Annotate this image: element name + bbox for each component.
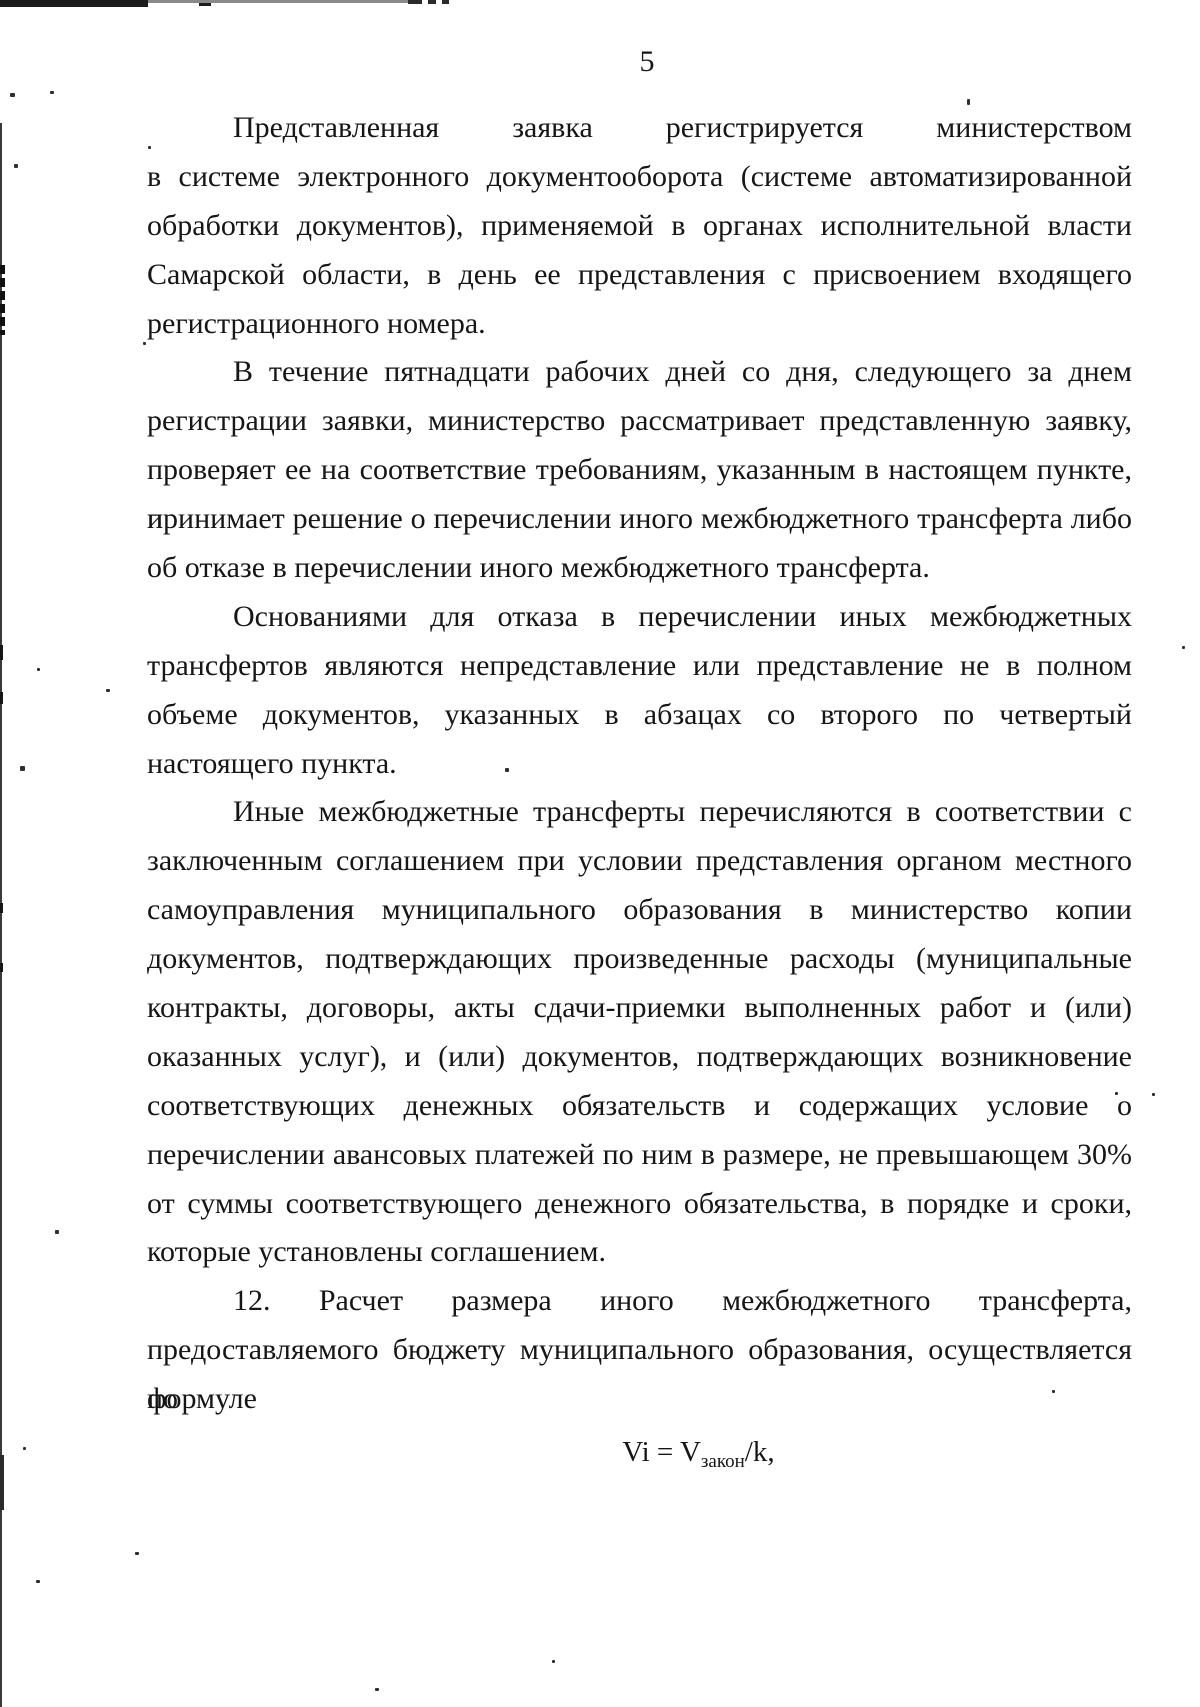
text-line: 12. Расчет размера иного межбюджетного т… (147, 1277, 1132, 1326)
text-line: оказанных услуг), и (или) документов, по… (147, 1033, 1132, 1082)
scan-speck (552, 1660, 555, 1663)
scan-artifact-top-bar (0, 0, 148, 7)
scan-artifact-left-line (0, 123, 2, 1707)
text-line: регистрации заявки, министерство рассмат… (147, 397, 1132, 446)
scan-artifact-top-dash (428, 0, 436, 4)
formula-rhs: /k, (745, 1436, 775, 1468)
scan-artifact-left-segment (0, 692, 3, 704)
text-line: заключенным соглашением при условии пред… (147, 837, 1132, 886)
scan-artifact-top-dash (408, 0, 422, 4)
text-line: Представленная заявка регистрируется мин… (147, 104, 1132, 153)
scan-artifact-left-segment (0, 963, 3, 972)
text-line: самоуправления муниципального образовани… (147, 886, 1132, 935)
text-line: контракты, договоры, акты сдачи-приемки … (147, 984, 1132, 1033)
text-line: предоставляемого бюджету муниципального … (147, 1326, 1132, 1375)
text-line: которые установлены соглашением. (147, 1228, 1132, 1277)
scan-speck (10, 93, 15, 97)
scan-speck (55, 1230, 59, 1234)
text-line: формуле (147, 1375, 1132, 1424)
text-line: настоящего пункта. (147, 740, 1132, 789)
scan-speck (143, 342, 146, 345)
scan-artifact-left-segment (0, 1455, 4, 1510)
text-line: от суммы соответствующего денежного обяз… (147, 1180, 1132, 1229)
text-line: регистрационного номера. (147, 300, 1132, 349)
scan-artifact-top-line (148, 0, 408, 3)
text-line: соответствующих денежных обязательств и … (147, 1082, 1132, 1131)
text-line: принимает решение о перечислении иного м… (147, 495, 1132, 544)
text-line: В течение пятнадцати рабочих дней со дня… (147, 348, 1132, 397)
scan-speck (1152, 1093, 1155, 1096)
scanned-document-page: 5 Представленная заявка регистрируется м… (0, 0, 1200, 1707)
scan-artifact-left-dashes (0, 265, 5, 335)
text-line: в системе электронного документооборота … (147, 153, 1132, 202)
scan-speck (1182, 646, 1185, 649)
scan-artifact-left-segment (0, 903, 3, 913)
formula: Vi = Vзакон/k, (206, 1428, 1191, 1477)
scan-artifact-top-chip (199, 0, 211, 6)
text-line: Основаниями для отказа в перечислении ин… (147, 593, 1132, 642)
formula-lhs: Vi = V (622, 1436, 701, 1468)
scan-speck (14, 164, 18, 168)
scan-artifact-top-dash (442, 0, 449, 4)
text-line: документов, подтверждающих произведенные… (147, 935, 1132, 984)
text-line: Самарской области, в день ее представлен… (147, 251, 1132, 300)
text-line: обработки документов), применяемой в орг… (147, 202, 1132, 251)
scan-speck (135, 1552, 139, 1555)
text-line: Иные межбюджетные трансферты перечисляют… (147, 788, 1132, 837)
scan-speck (375, 1688, 379, 1691)
scan-speck (106, 689, 110, 692)
scan-speck (36, 1580, 40, 1583)
document-body: Представленная заявка регистрируется мин… (147, 104, 1132, 1477)
scan-artifact-left-segment (0, 645, 3, 660)
text-line: трансфертов являются непредставление или… (147, 642, 1132, 691)
text-line: проверяет ее на соответствие требованиям… (147, 446, 1132, 495)
scan-speck (50, 91, 54, 94)
scan-speck (20, 766, 25, 771)
scan-speck (37, 668, 40, 671)
text-line: перечислении авансовых платежей по ним в… (147, 1131, 1132, 1180)
formula-subscript: закон (701, 1451, 745, 1472)
page-number: 5 (147, 42, 1147, 82)
scan-speck (23, 1447, 26, 1450)
text-line: об отказе в перечислении иного межбюджет… (147, 544, 1132, 593)
text-line: объеме документов, указанных в абзацах с… (147, 691, 1132, 740)
